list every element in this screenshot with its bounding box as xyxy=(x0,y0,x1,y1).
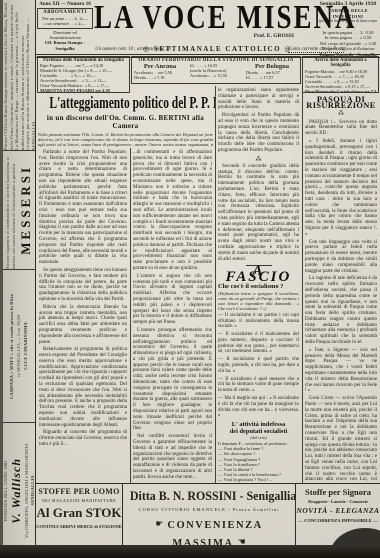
rail-ad-lampada-watt: LAMPADA « WATT » che si vende presso la … xyxy=(3,270,35,423)
ad-line: — CONCORRENZA IMPOSSIBILE — xyxy=(296,518,380,523)
ad-line: CONTINUI ARRIVI MERCE di STAGIONE xyxy=(36,524,122,529)
timetable-row: Id. . . . . » 17,57 xyxy=(246,75,298,80)
pasqua-paragraph: « I fedeli, durante i rigori quadragesim… xyxy=(305,139,377,238)
postal-note: Conto corrente con la Posta xyxy=(288,47,344,53)
pasqua-column: PASQUA DI RISURREZIONE ⁂ PASQUA !... Scr… xyxy=(302,93,380,483)
ad-line: Ditta B. N. ROSSINI - Senigallia xyxy=(130,488,288,504)
timetable-partenze: Partenza delle Automobili da Senigallia … xyxy=(37,56,130,93)
direction-label: Per Bologna xyxy=(246,63,298,70)
fascio-section-title: A FASCIO xyxy=(218,269,299,281)
lead-intro: Nella passata settimana l'On. Comm. G. B… xyxy=(36,132,215,148)
ad-line: STOFFE PER UOMO xyxy=(36,487,122,496)
timetable-row: Diretto . . . » 7,18 xyxy=(134,75,186,80)
rail-ad-line: LUCE CHIARISSIMA xyxy=(23,322,29,370)
rail-ad-line: LAMPADA « WATT » che si vende presso la … xyxy=(9,294,15,399)
ad-line: Al Gran STOK xyxy=(36,505,122,521)
lead-subhead: in un discorso dell'On. Comm. G. BERTINI… xyxy=(36,114,215,130)
pointing-hand-right-icon: ☛ xyxy=(155,519,163,529)
ornament-flourish-icon: ⁂ xyxy=(305,110,377,117)
article-column-3: le organizzazioni siano egualmente chiam… xyxy=(215,86,302,483)
article-paragraph: Rivolgendosi al Partito Popolare dà ad e… xyxy=(218,113,299,154)
rail-ad-line: rivolgersi per acquisti e abbonamenti al… xyxy=(25,0,35,150)
article-paragraph: Nei conflitti economici invita il Govern… xyxy=(133,434,212,480)
messersi-brand-text: MESSERSI xyxy=(18,165,33,255)
article-paragraph: L'oratore prosegue affermando che nessun… xyxy=(133,328,212,432)
masthead-title-wrap: LA VOCE MISENA Prof. E. GROSSI xyxy=(94,2,318,38)
pasqua-title: PASQUA DI RISURREZIONE xyxy=(305,97,377,109)
ad-line: NOVITÀ - ELEGANZA xyxy=(296,506,380,515)
timetable-arrivi: Arrivo delle Automobili a Senigallia Fog… xyxy=(302,56,379,93)
pasqua-paragraph: La ragione di tale deficienza è da ricer… xyxy=(305,276,377,346)
article-paragraph: Secondo il concorde giudizio della stamp… xyxy=(218,164,299,263)
wallisch-brand-text: V. Wallisch xyxy=(9,458,23,524)
asterism-separator: ⁂ xyxy=(218,156,299,163)
fascio-item: — Il socialismo è quel partito che togli… xyxy=(218,357,299,374)
socialisti-heading: L' attività indefessa xyxy=(218,421,299,428)
article-paragraph: Se questo atteggiamento tiene ora lontan… xyxy=(39,268,127,303)
tariffa-title: TARIFFA DELLE INSERZIONI xyxy=(318,8,378,19)
issue-number: Anno XII — Numero 10 xyxy=(37,2,93,7)
article-paragraph: L'oratore si augura che ciò non consenta… xyxy=(133,274,212,326)
scan-bottom-edge xyxy=(0,545,380,558)
ad-line: CONVENIENZA MASSIMA xyxy=(167,520,262,545)
article-paragraph: Parlando a nome del Partito Popolare, l'… xyxy=(39,150,127,266)
ad-gran-stok: STOFFE PER UOMO NEI MAGAZZINI MANIFATTUR… xyxy=(36,483,122,545)
rail-ad-line: in SENIGALLIA — Lire 10,50 xyxy=(16,315,22,377)
rail-ad-line: La Madonnina del Borgo — racconti per la… xyxy=(14,0,24,150)
rail-ad-line: FONDATA NELL'ANNO 1881 xyxy=(3,460,8,521)
fascio-item: — Il socialismo è il malcontento del gra… xyxy=(218,332,299,355)
newspaper-page: Presso l'Ufficio Buona Stampa trovansi i… xyxy=(0,0,380,558)
timetable-ferroviario: ORARIO FERROVIARIO DELLA STAZIONE DI SEN… xyxy=(131,56,301,84)
admin-line: Direzione ed Amministrazione xyxy=(37,30,93,41)
abbonamenti-row: » un semestre . . » 2,— xyxy=(39,21,91,26)
pointing-hand-left-icon: ☚ xyxy=(238,537,246,545)
rail-ad-line: Via UMBERTO, ANGELONI e MARGHERITA xyxy=(24,443,29,538)
article-paragraph: Relativamente al programma di politica e… xyxy=(39,347,127,428)
timetable-row: MAROTTA-FANO-PESARO ore 4,30 xyxy=(40,88,127,93)
rail-ad-line: Presso l'Ufficio Buona Stampa trovansi i… xyxy=(3,0,13,150)
fascio-note: (Definizioni intese a spiegare il social… xyxy=(218,291,299,311)
fascio-item: — Ma il meglio sta qui : « Il socialismo… xyxy=(218,396,299,419)
timetable-title: Arrivo delle Automobili a Senigallia xyxy=(305,58,376,69)
article-paragraph: ...di commentarii e di affermazioni gene… xyxy=(133,150,212,272)
tagline-row: ◎ SETTIMANALE CATTOLICO ◎ xyxy=(130,45,305,53)
rail-ad-messersi-brand: Sicuro risparmio di combustibile e luce … xyxy=(3,151,35,270)
article-column-1: Parlando a nome del Partito Popolare, l'… xyxy=(36,148,130,483)
direction-label: Per Ancona xyxy=(134,63,186,70)
article-column-2: ...di commentarii e di affermazioni gene… xyxy=(130,148,215,483)
ad-line: CORSO VITTORIO EMANUELE - Piazza Armelli… xyxy=(123,507,295,512)
tagline: SETTIMANALE CATTOLICO xyxy=(154,45,281,53)
lead-headline-block: L'atteggiamento politico del P. P. I. in… xyxy=(36,95,215,148)
rail-ad-line: Sicuro risparmio di combustibile e luce … xyxy=(5,151,17,269)
director-name: Prof. E. GROSSI xyxy=(254,33,294,39)
issue-date: Senigallia 3 Aprile 1920 xyxy=(318,2,378,7)
lead-headline: L'atteggiamento politico del P. P. I. xyxy=(49,95,201,113)
pasqua-paragraph: Con tale linguaggio una volta si poteva … xyxy=(305,240,377,275)
article-paragraph: Rileva che la democrazia liberale ha anc… xyxy=(39,305,127,346)
article-paragraph: Riguardo al concetto del programma di ri… xyxy=(39,430,127,447)
fascio-item: — Il socialismo è quel messere che a chi… xyxy=(218,377,299,394)
pasqua-paragraph: « Fate, o Signore — così nel pensiero de… xyxy=(305,348,377,394)
left-ads-rail: Presso l'Ufficio Buona Stampa trovansi i… xyxy=(0,0,36,558)
deco-circle-icon: ◎ xyxy=(143,45,151,53)
socialisti-heading: dei deputati socialisti xyxy=(218,428,299,435)
rail-ad-buona-stampa: Presso l'Ufficio Buona Stampa trovansi i… xyxy=(3,0,35,151)
rail-ad-line: SENIGALLIA xyxy=(30,475,35,505)
ad-line: NEI MAGAZZINI MANIFATTURE xyxy=(36,498,122,503)
pasqua-paragraph: PASQUA !... Scriveva un dotto abate Bene… xyxy=(305,120,377,137)
ad-rossini: Ditta B. N. ROSSINI - Senigallia CORSO V… xyxy=(122,483,295,545)
rail-ad-wallisch: FONDATA NELL'ANNO 1881 V. Wallisch Via U… xyxy=(3,423,35,558)
tariffa-note: (per ogni linea o spazio di linea corpo … xyxy=(318,19,378,30)
ad-line: Stoffe per Signora xyxy=(296,487,380,497)
pasqua-paragraph: Gesù Cristo — scrive l'Apostolo Paolo — … xyxy=(305,396,377,483)
ad-line: Drapperie - Lanerie - Cotonerie xyxy=(296,499,380,504)
fascio-item: — Il socialismo è un partito i cui capi … xyxy=(218,313,299,330)
article-paragraph: le organizzazioni siano egualmente chiam… xyxy=(218,88,299,111)
masthead-left-box: Anno XII — Numero 10 ABBONAMENTI Per un … xyxy=(37,2,93,51)
masthead-title: LA VOCE MISENA xyxy=(94,0,318,37)
timetable-row: Accelerato . . » 13,50 xyxy=(190,73,242,78)
